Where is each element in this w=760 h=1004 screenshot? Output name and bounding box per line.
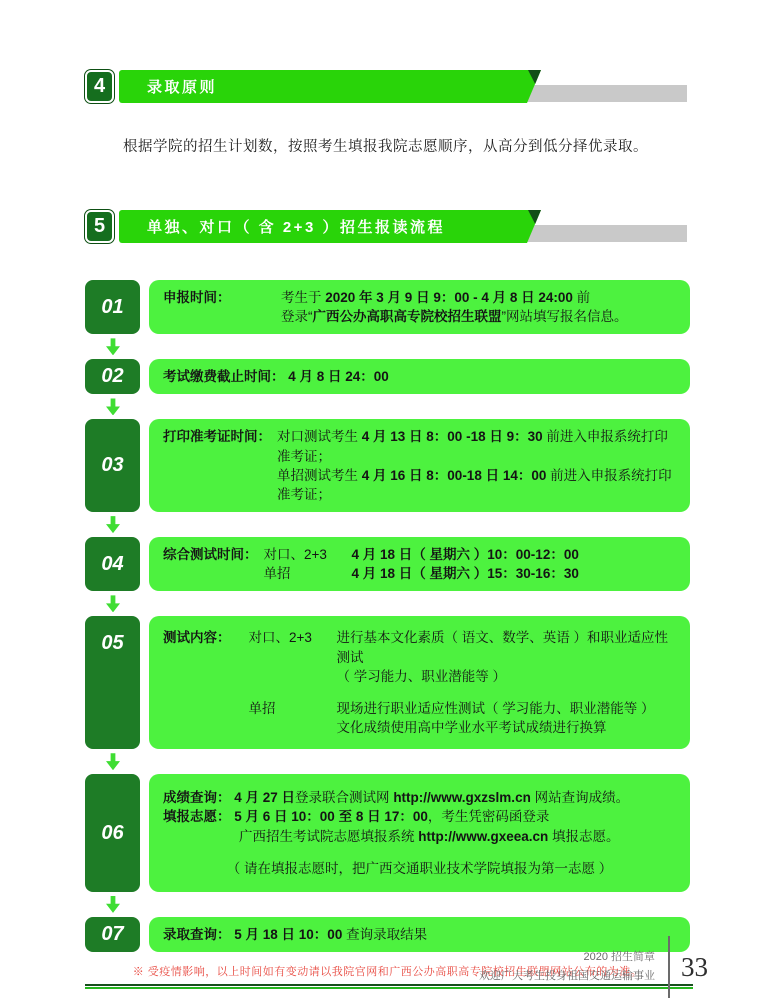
step-06-row1-mid: 登录联合测试网: [295, 790, 393, 805]
section-4-title-bar: 录取原则: [119, 70, 541, 103]
step-04-number: 04: [85, 537, 140, 591]
section-5-title: 单独、对口（ 含 2+3 ）招生报读流程: [147, 216, 445, 237]
step-06: 06 成绩查询： 4 月 27 日登录联合测试网 http://www.gxzs…: [85, 774, 690, 892]
section-4-number-badge: 4: [85, 70, 114, 103]
step-01-line1-post: 前: [573, 290, 590, 305]
step-06-box: 成绩查询： 4 月 27 日登录联合测试网 http://www.gxzslm.…: [149, 774, 690, 892]
step-01: 01 申报时间： 考生于 2020 年 3 月 9 日 9：00 - 4 月 8…: [85, 280, 690, 334]
step-04-schedule: 对口、2+34 月 18 日（ 星期六 ）10：00-12：00 单招4 月 1…: [264, 545, 579, 583]
step-06-score-query: 成绩查询： 4 月 27 日登录联合测试网 http://www.gxzslm.…: [163, 788, 676, 807]
step-06-row3-post: 填报志愿。: [548, 829, 619, 844]
step-03-line1-pre: 对口测试考生: [277, 429, 362, 444]
banner-gray-bar: [525, 85, 687, 102]
step-05-box: 测试内容： 对口、2+3进行基本文化素质（ 语文、数学、英语 ）和职业适应性测试…: [149, 616, 690, 749]
step-04-row2-key: 单招: [264, 564, 352, 583]
step-03: 03 打印准考证时间： 对口测试考生 4 月 13 日 8：00 -18 日 9…: [85, 419, 690, 512]
step-06-row1-date: 4 月 27 日: [234, 790, 295, 805]
down-arrow-icon: [106, 753, 120, 770]
step-06-row2-post: ，考生凭密码函登录: [428, 809, 550, 824]
step-04-row1-key: 对口、2+3: [264, 545, 352, 564]
step-07-date: 5 月 18 日 10：00: [234, 927, 342, 942]
step-04-box: 综合测试时间： 对口、2+34 月 18 日（ 星期六 ）10：00-12：00…: [149, 537, 690, 591]
step-01-line1-date: 2020 年 3 月 9 日 9：00 - 4 月 8 日 24:00: [325, 290, 573, 305]
step-05: 05 测试内容： 对口、2+3进行基本文化素质（ 语文、数学、英语 ）和职业适应…: [85, 616, 690, 749]
step-02-deadline: 4 月 8 日 24：00: [288, 369, 389, 384]
step-05-row2-key: 单招: [249, 699, 337, 718]
down-arrow-icon: [106, 398, 120, 415]
section-4-number: 4: [94, 75, 105, 98]
step-02-box: 考试缴费截止时间： 4 月 8 日 24：00: [149, 359, 690, 394]
step-04-row2-time: 4 月 18 日（ 星期六 ）15：30-16：30: [352, 564, 579, 583]
down-arrow-icon: [106, 595, 120, 612]
step-01-label: 申报时间：: [163, 288, 281, 307]
step-06-volunteer: 填报志愿： 5 月 6 日 10：00 至 8 日 17：00，考生凭密码函登录: [163, 807, 676, 826]
step-03-box: 打印准考证时间： 对口测试考生 4 月 13 日 8：00 -18 日 9：30…: [149, 419, 690, 512]
down-arrow-icon: [106, 338, 120, 355]
step-01-number: 01: [85, 280, 140, 334]
step-05-row2-line2: 文化成绩使用高中学业水平考试成绩进行换算: [337, 720, 607, 735]
step-02: 02 考试缴费截止时间： 4 月 8 日 24：00: [85, 359, 690, 394]
step-04: 04 综合测试时间： 对口、2+34 月 18 日（ 星期六 ）10：00-12…: [85, 537, 690, 591]
step-06-row3-pre: 广西招生考试院志愿填报系统: [239, 829, 418, 844]
step-01-line1-pre: 考生于: [281, 290, 325, 305]
step-01-line2-alliance: 广西公办高职高专院校招生联盟: [313, 309, 502, 324]
down-arrow-icon: [106, 516, 120, 533]
step-07-number: 07: [85, 917, 140, 952]
step-03-label: 打印准考证时间：: [163, 427, 271, 446]
step-01-box: 申报时间： 考生于 2020 年 3 月 9 日 9：00 - 4 月 8 日 …: [149, 280, 690, 334]
footer-text: 2020 招生简章 欢迎广大考生投身祖国交通运输事业: [479, 948, 655, 985]
step-05-row1-line1: 进行基本文化素质（ 语文、数学、英语 ）和职业适应性测试: [337, 630, 669, 664]
step-06-row1-post: 网站查询成绩。: [531, 790, 629, 805]
admission-principle-text: 根据学院的招生计划数，按照考生填报我院志愿顺序，从高分到低分择优录取。: [123, 135, 690, 156]
enrollment-process-steps: 01 申报时间： 考生于 2020 年 3 月 9 日 9：00 - 4 月 8…: [85, 280, 690, 952]
section-5-number-badge: 5: [85, 210, 114, 243]
step-05-row2-line1: 现场进行职业适应性测试（ 学习能力、职业潜能等 ）: [337, 701, 655, 716]
page-footer: 2020 招生简章 欢迎广大考生投身祖国交通运输事业 33: [479, 936, 708, 998]
step-04-label: 综合测试时间：: [163, 545, 258, 564]
step-04-row1-time: 4 月 18 日（ 星期六 ）10：00-12：00: [352, 545, 579, 564]
step-02-number: 02: [85, 359, 140, 394]
step-02-label: 考试缴费截止时间：: [163, 369, 285, 384]
banner-gray-bar: [525, 225, 687, 242]
volunteer-system-url[interactable]: http://www.gxeea.cn: [418, 829, 548, 844]
step-03-line1-date: 4 月 13 日 8：00 -18 日 9：30: [362, 429, 543, 444]
step-06-row2-date: 5 月 6 日 10：00 至 8 日 17：00: [234, 809, 428, 824]
step-06-row1-label: 成绩查询：: [163, 790, 231, 805]
step-05-number: 05: [85, 616, 140, 749]
page-number: 33: [681, 952, 708, 983]
step-07-label: 录取查询：: [163, 927, 231, 942]
step-03-line2-date: 4 月 16 日 8：00-18 日 14：00: [362, 468, 547, 483]
step-05-label: 测试内容：: [163, 628, 231, 647]
step-06-first-choice-note: （ 请在填报志愿时，把广西交通职业技术学院填报为第一志愿 ）: [163, 859, 676, 878]
section-5-number: 5: [94, 215, 105, 238]
step-05-content: 对口、2+3进行基本文化素质（ 语文、数学、英语 ）和职业适应性测试（ 学习能力…: [249, 628, 677, 737]
step-03-number: 03: [85, 419, 140, 512]
step-01-text: 考生于 2020 年 3 月 9 日 9：00 - 4 月 8 日 24:00 …: [281, 288, 628, 326]
step-06-row2-label: 填报志愿：: [163, 809, 231, 824]
footer-divider: [668, 936, 670, 998]
down-arrow-icon: [106, 896, 120, 913]
footer-brochure-title: 2020 招生简章: [479, 948, 655, 967]
section-4-title: 录取原则: [147, 76, 217, 97]
step-06-volunteer-line2: 广西招生考试院志愿填报系统 http://www.gxeea.cn 填报志愿。: [163, 827, 676, 846]
step-05-row1-key: 对口、2+3: [249, 628, 337, 647]
step-01-line2-pre: 登录“: [281, 309, 313, 324]
step-03-line2-pre: 单招测试考生: [277, 468, 362, 483]
step-01-line2-post: ”网站填写报名信息。: [502, 309, 628, 324]
step-03-text: 对口测试考生 4 月 13 日 8：00 -18 日 9：30 前进入申报系统打…: [277, 427, 676, 504]
step-07-post: 查询录取结果: [342, 927, 427, 942]
page-content: 录取原则 4 根据学院的招生计划数，按照考生填报我院志愿顺序，从高分到低分择优录…: [85, 0, 690, 989]
section-banner-5: 单独、对口（ 含 2+3 ）招生报读流程 5: [85, 210, 690, 243]
section-banner-4: 录取原则 4: [85, 70, 690, 103]
step-06-number: 06: [85, 774, 140, 892]
footer-slogan: 欢迎广大考生投身祖国交通运输事业: [479, 967, 655, 986]
section-5-title-bar: 单独、对口（ 含 2+3 ）招生报读流程: [119, 210, 541, 243]
score-query-url[interactable]: http://www.gxzslm.cn: [393, 790, 531, 805]
step-05-row1-line2: （ 学习能力、职业潜能等 ）: [337, 669, 507, 684]
